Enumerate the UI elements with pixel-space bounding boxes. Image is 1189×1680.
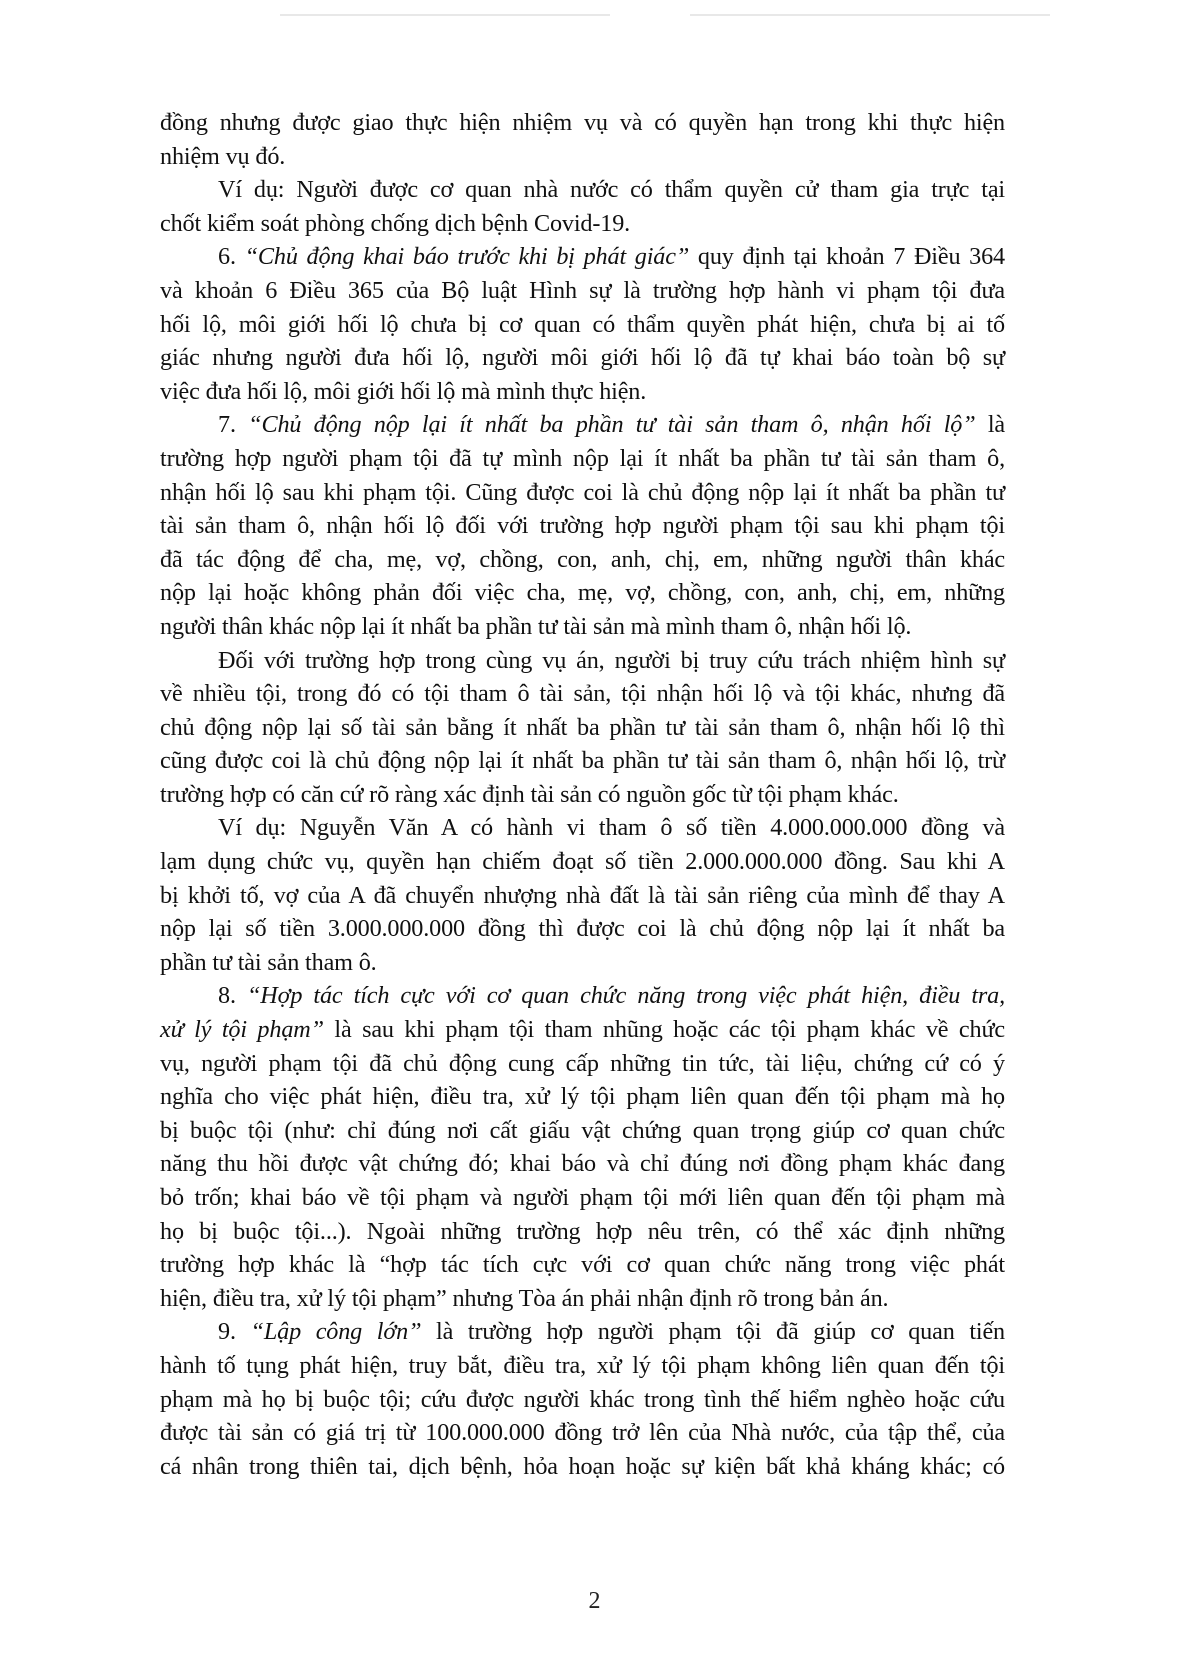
text-run: 9. [218,1318,251,1345]
text-line: nhiệm vụ đó. [160,140,1005,174]
text-line: chốt kiểm soát phòng chống dịch bệnh Cov… [160,207,1005,241]
text-line: cá nhân trong thiên tai, dịch bệnh, hỏa … [160,1450,1005,1484]
text-run: 6. [218,243,245,270]
document-page-body: đồng nhưng được giao thực hiện nhiệm vụ … [160,106,1005,1483]
text-run: nhiệm vụ đó. [160,143,285,170]
text-run: chốt kiểm soát phòng chống dịch bệnh Cov… [160,210,630,237]
text-line: hối lộ, môi giới hối lộ chưa bị cơ quan … [160,308,1005,342]
scan-artifact [280,14,610,16]
text-run: hối lộ, môi giới hối lộ chưa bị cơ quan … [160,311,1005,338]
italic-term: “Lập công lớn” [251,1318,422,1345]
text-run: cũng được coi là chủ động nộp lại ít nhấ… [160,747,1005,774]
text-line: nộp lại số tiền 3.000.000.000 đồng thì đ… [160,912,1005,946]
text-line: trường hợp người phạm tội đã tự mình nộp… [160,442,1005,476]
text-line: 6. “Chủ động khai báo trước khi bị phát … [160,240,1005,274]
text-run: là trường hợp người phạm tội đã giúp cơ … [421,1318,1005,1345]
text-line: 8. “Hợp tác tích cực với cơ quan chức nă… [160,979,1005,1013]
text-line: phần tư tài sản tham ô. [160,946,1005,980]
text-run: nộp lại số tiền 3.000.000.000 đồng thì đ… [160,915,1005,942]
text-run: giác nhưng người đưa hối lộ, người môi g… [160,344,1005,371]
text-line: về nhiều tội, trong đó có tội tham ô tài… [160,677,1005,711]
text-line: trường hợp khác là “hợp tác tích cực với… [160,1248,1005,1282]
text-line: trường hợp có căn cứ rõ ràng xác định tà… [160,778,1005,812]
italic-term: “Chủ động nộp lại ít nhất ba phần tư tài… [248,411,975,438]
text-run: là [976,411,1005,438]
text-run: về nhiều tội, trong đó có tội tham ô tài… [160,680,1005,707]
text-run: đồng nhưng được giao thực hiện nhiệm vụ … [160,109,1005,136]
text-line: bị buộc tội (như: chỉ đúng nơi cất giấu … [160,1114,1005,1148]
text-run: chủ động nộp lại số tài sản bằng ít nhất… [160,714,1005,741]
text-run: 7. [218,411,248,438]
text-line: lạm dụng chức vụ, quyền hạn chiếm đoạt s… [160,845,1005,879]
text-run: trường hợp người phạm tội đã tự mình nộp… [160,445,1005,472]
text-line: tài sản tham ô, nhận hối lộ đối với trườ… [160,509,1005,543]
text-run: năng thu hồi được vật chứng đó; khai báo… [160,1150,1005,1177]
text-line: người thân khác nộp lại ít nhất ba phần … [160,610,1005,644]
text-line: Ví dụ: Nguyễn Văn A có hành vi tham ô số… [160,811,1005,845]
text-run: lạm dụng chức vụ, quyền hạn chiếm đoạt s… [160,848,1005,875]
text-line: hiện, điều tra, xử lý tội phạm” nhưng Tò… [160,1282,1005,1316]
text-line: nghĩa cho việc phát hiện, điều tra, xử l… [160,1080,1005,1114]
text-run: nộp lại hoặc không phản đối việc cha, mẹ… [160,579,1005,606]
page-number: 2 [0,1588,1189,1615]
text-run: là sau khi phạm tội tham nhũng hoặc các … [324,1016,1005,1043]
text-run: bị buộc tội (như: chỉ đúng nơi cất giấu … [160,1117,1005,1144]
italic-term: xử lý tội phạm” [160,1016,324,1043]
text-line: năng thu hồi được vật chứng đó; khai báo… [160,1147,1005,1181]
text-run: người thân khác nộp lại ít nhất ba phần … [160,613,911,640]
text-run: đã tác động để cha, mẹ, vợ, chồng, con, … [160,546,1005,573]
text-run: và khoản 6 Điều 365 của Bộ luật Hình sự … [160,277,1005,304]
italic-term: “Hợp tác tích cực với cơ quan chức năng … [247,982,1005,1009]
text-run: bỏ trốn; khai báo về tội phạm và người p… [160,1184,1005,1211]
text-line: được tài sản có giá trị từ 100.000.000 đ… [160,1416,1005,1450]
text-line: đồng nhưng được giao thực hiện nhiệm vụ … [160,106,1005,140]
text-run: Đối với trường hợp trong cùng vụ án, ngư… [218,647,1005,674]
text-line: chủ động nộp lại số tài sản bằng ít nhất… [160,711,1005,745]
text-run: hành tố tụng phát hiện, truy bắt, điều t… [160,1352,1005,1379]
text-run: quy định tại khoản 7 Điều 364 [689,243,1005,270]
text-run: nhận hối lộ sau khi phạm tội. Cũng được … [160,479,1005,506]
scan-artifact [690,14,1050,16]
text-run: phạm mà họ bị buộc tội; cứu được người k… [160,1386,1005,1413]
text-run: Ví dụ: Nguyễn Văn A có hành vi tham ô số… [218,814,1005,841]
text-run: cá nhân trong thiên tai, dịch bệnh, hỏa … [160,1453,1005,1480]
text-run: trường hợp có căn cứ rõ ràng xác định tà… [160,781,899,808]
text-line: xử lý tội phạm” là sau khi phạm tội tham… [160,1013,1005,1047]
text-run: phần tư tài sản tham ô. [160,949,377,976]
text-line: họ bị buộc tội...). Ngoài những trường h… [160,1215,1005,1249]
text-run: tài sản tham ô, nhận hối lộ đối với trườ… [160,512,1005,539]
text-run: hiện, điều tra, xử lý tội phạm” nhưng Tò… [160,1285,888,1312]
text-run: việc đưa hối lộ, môi giới hối lộ mà mình… [160,378,646,405]
text-line: phạm mà họ bị buộc tội; cứu được người k… [160,1383,1005,1417]
text-line: việc đưa hối lộ, môi giới hối lộ mà mình… [160,375,1005,409]
text-run: họ bị buộc tội...). Ngoài những trường h… [160,1218,1005,1245]
text-line: vụ, người phạm tội đã chủ động cung cấp … [160,1047,1005,1081]
text-line: 7. “Chủ động nộp lại ít nhất ba phần tư … [160,408,1005,442]
text-line: hành tố tụng phát hiện, truy bắt, điều t… [160,1349,1005,1383]
text-run: được tài sản có giá trị từ 100.000.000 đ… [160,1419,1005,1446]
text-line: Ví dụ: Người được cơ quan nhà nước có th… [160,173,1005,207]
text-run: 8. [218,982,247,1009]
italic-term: “Chủ động khai báo trước khi bị phát giá… [245,243,690,270]
text-run: nghĩa cho việc phát hiện, điều tra, xử l… [160,1083,1005,1110]
text-line: 9. “Lập công lớn” là trường hợp người ph… [160,1315,1005,1349]
text-line: đã tác động để cha, mẹ, vợ, chồng, con, … [160,543,1005,577]
text-line: cũng được coi là chủ động nộp lại ít nhấ… [160,744,1005,778]
text-line: bị khởi tố, vợ của A đã chuyển nhượng nh… [160,879,1005,913]
text-run: bị khởi tố, vợ của A đã chuyển nhượng nh… [160,882,1005,909]
text-line: và khoản 6 Điều 365 của Bộ luật Hình sự … [160,274,1005,308]
text-line: Đối với trường hợp trong cùng vụ án, ngư… [160,644,1005,678]
text-line: bỏ trốn; khai báo về tội phạm và người p… [160,1181,1005,1215]
text-line: giác nhưng người đưa hối lộ, người môi g… [160,341,1005,375]
text-line: nộp lại hoặc không phản đối việc cha, mẹ… [160,576,1005,610]
text-run: Ví dụ: Người được cơ quan nhà nước có th… [218,176,1005,203]
text-run: trường hợp khác là “hợp tác tích cực với… [160,1251,1005,1278]
text-run: vụ, người phạm tội đã chủ động cung cấp … [160,1050,1005,1077]
text-line: nhận hối lộ sau khi phạm tội. Cũng được … [160,476,1005,510]
